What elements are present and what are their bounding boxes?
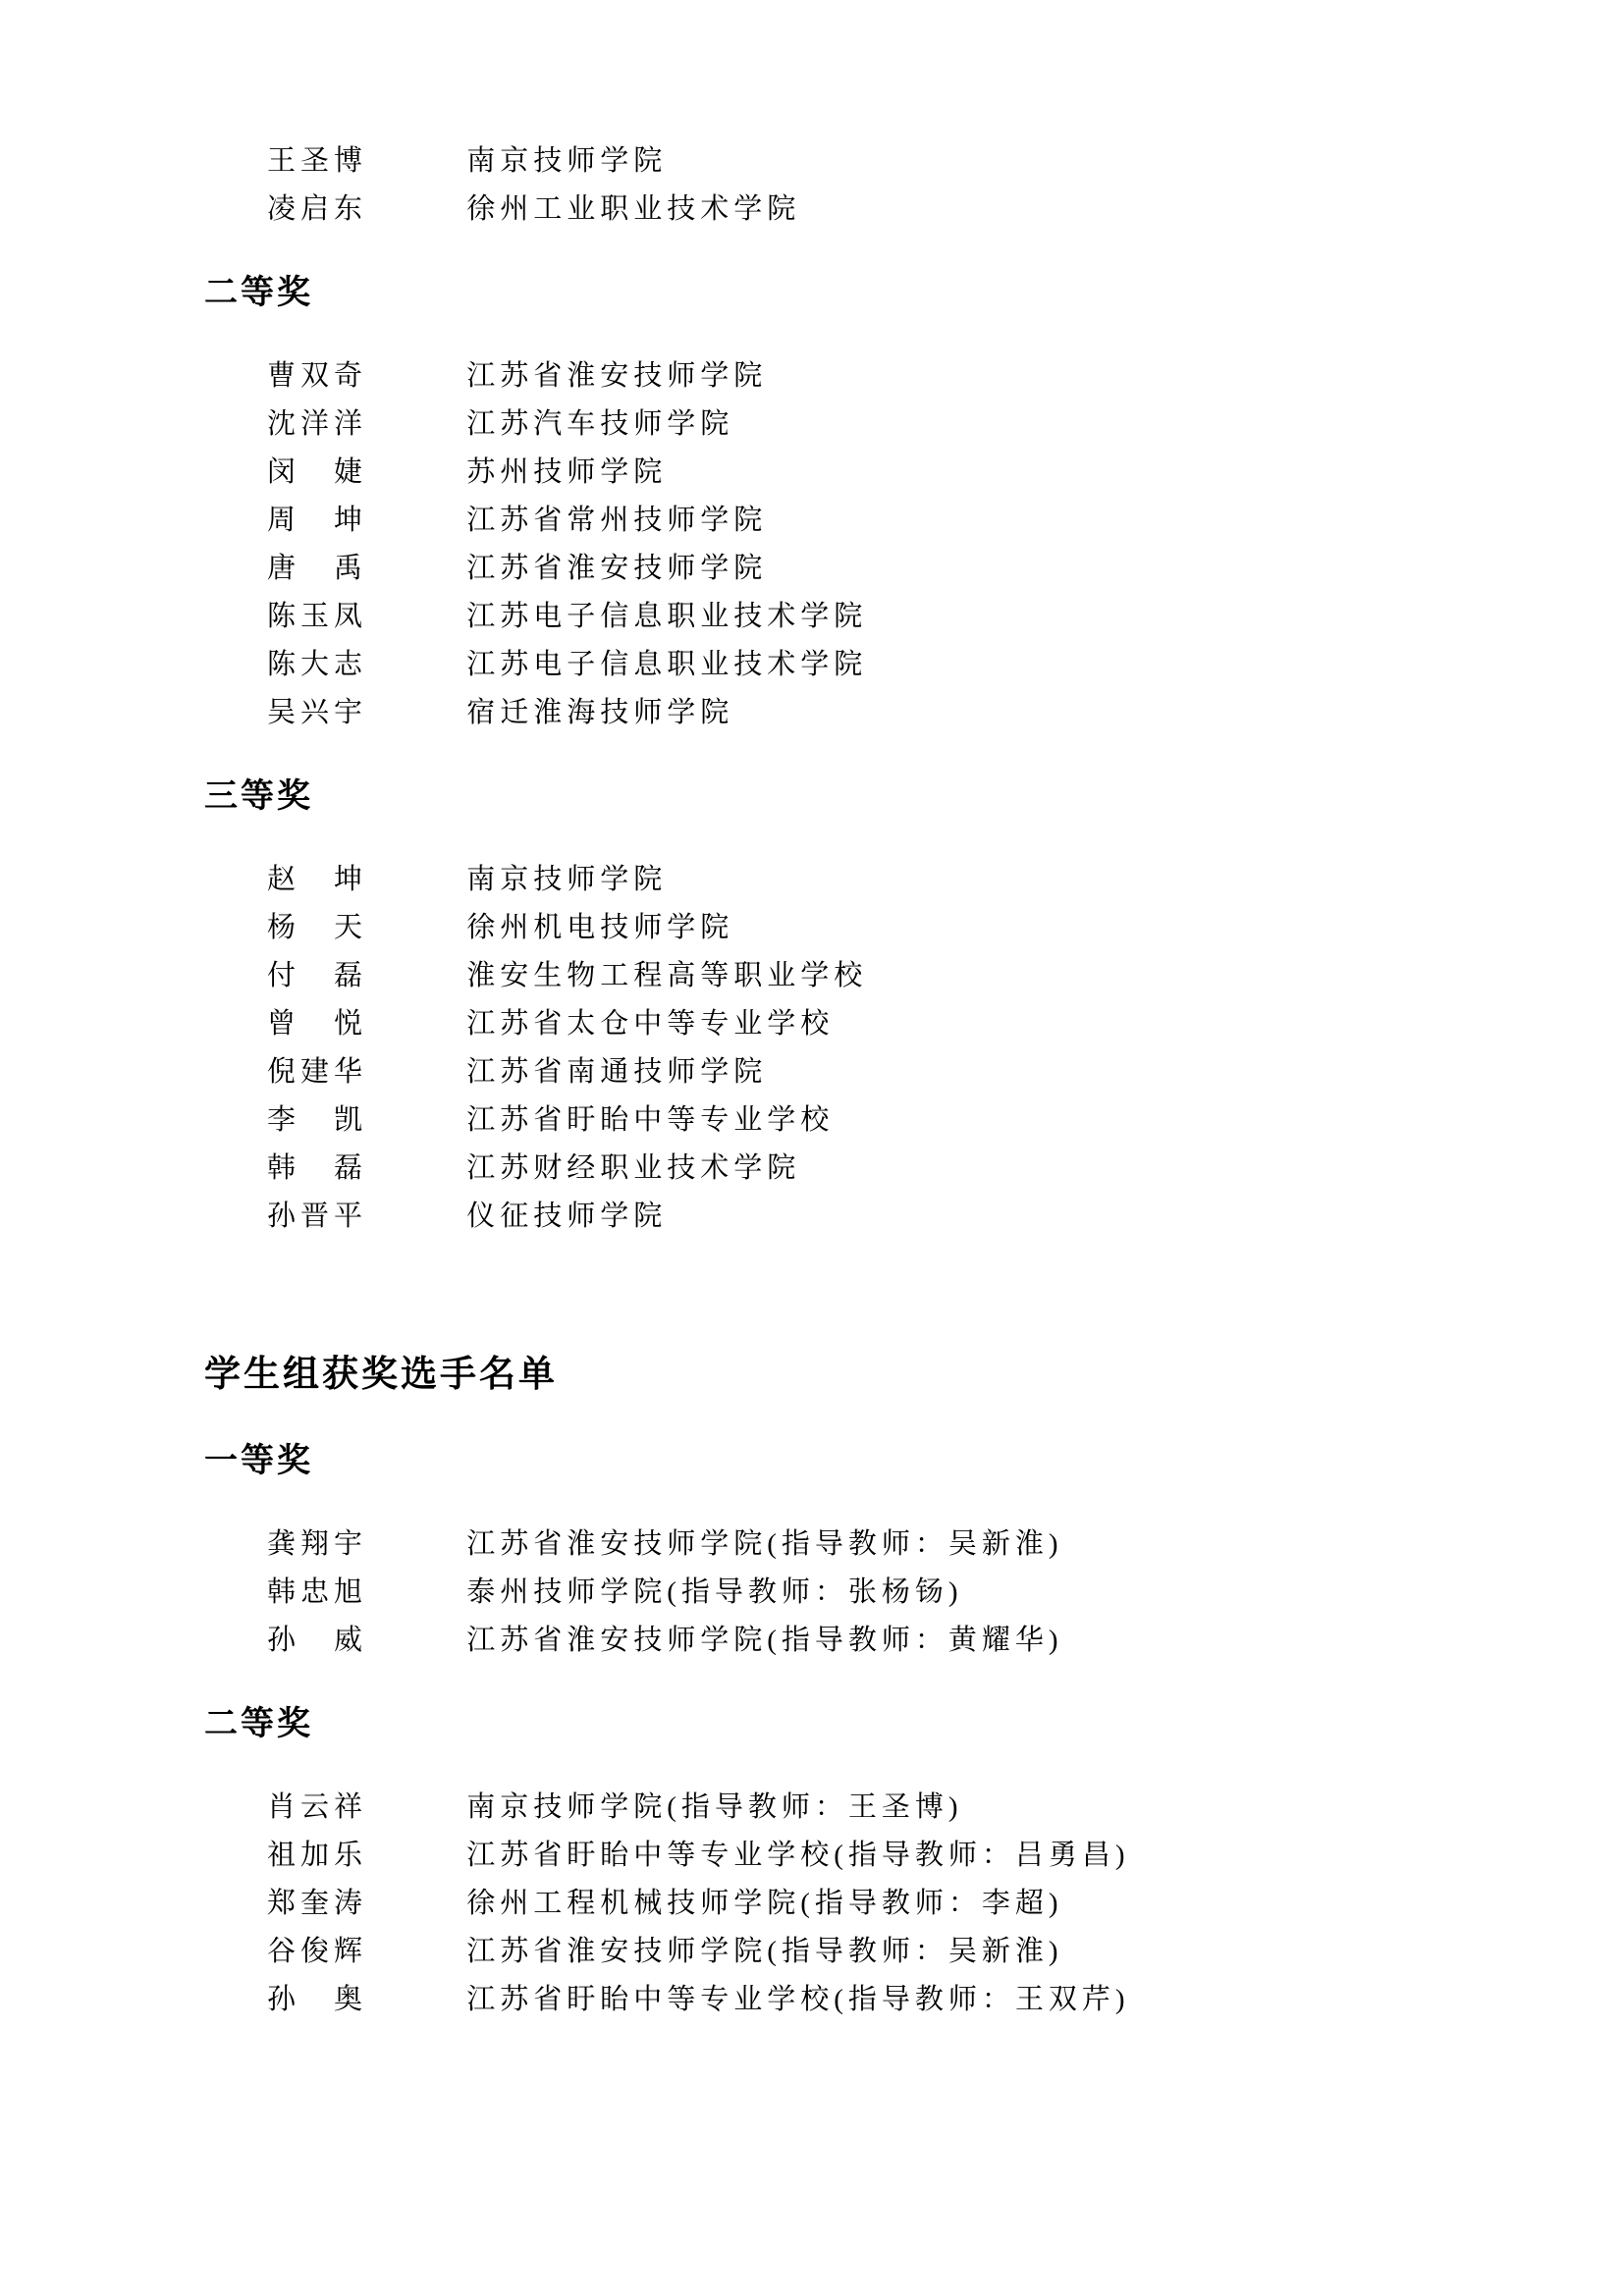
winner-row: 李凯 江苏省盱眙中等专业学校: [0, 1096, 1623, 1145]
winner-school: 淮安生物工程高等职业学校: [466, 952, 867, 1000]
winner-row: 孙威 江苏省淮安技师学院(指导教师：黄耀华): [0, 1617, 1623, 1665]
winner-row: 付磊 淮安生物工程高等职业学校: [0, 952, 1623, 1000]
winner-school: 江苏省盱眙中等专业学校(指导教师：吕勇昌): [466, 1832, 1129, 1880]
winner-school: 江苏省淮安技师学院(指导教师：吴新淮): [466, 1521, 1062, 1569]
winner-name: 韩磊: [267, 1145, 367, 1193]
winner-school: 江苏省南通技师学院: [466, 1048, 767, 1096]
winner-name: 陈玉凤: [267, 593, 367, 641]
section-heading-second-prize: 二等奖: [0, 269, 1623, 317]
winner-row: 凌启东 徐州工业职业技术学院: [0, 186, 1623, 234]
winner-school: 仪征技师学院: [466, 1193, 667, 1241]
winner-row: 吴兴宇 宿迁淮海技师学院: [0, 689, 1623, 737]
winner-name: 陈大志: [267, 641, 367, 689]
winner-name: 唐禹: [267, 545, 367, 593]
winner-name: 付磊: [267, 952, 367, 1000]
winner-school: 江苏省淮安技师学院(指导教师：黄耀华): [466, 1617, 1062, 1665]
winner-school: 苏州技师学院: [466, 449, 667, 497]
winner-name: 孙奥: [267, 1976, 367, 2024]
winner-row: 韩磊 江苏财经职业技术学院: [0, 1145, 1623, 1193]
winner-name: 曾悦: [267, 1000, 367, 1048]
winner-row: 唐禹 江苏省淮安技师学院: [0, 545, 1623, 593]
winner-name: 凌启东: [267, 186, 367, 234]
winner-name: 闵婕: [267, 449, 367, 497]
winner-row: 韩忠旭 泰州技师学院(指导教师：张杨钖): [0, 1569, 1623, 1617]
winner-row: 龚翔宇 江苏省淮安技师学院(指导教师：吴新淮): [0, 1521, 1623, 1569]
winner-name: 谷俊辉: [267, 1928, 367, 1976]
winner-name: 肖云祥: [267, 1784, 367, 1832]
winner-row: 赵坤 南京技师学院: [0, 856, 1623, 904]
winner-school: 江苏省常州技师学院: [466, 497, 767, 545]
winner-name: 王圣博: [267, 137, 367, 186]
winner-row: 周坤 江苏省常州技师学院: [0, 497, 1623, 545]
winner-row: 谷俊辉 江苏省淮安技师学院(指导教师：吴新淮): [0, 1928, 1623, 1976]
winner-row: 郑奎涛 徐州工程机械技师学院(指导教师：李超): [0, 1880, 1623, 1928]
winner-school: 江苏省盱眙中等专业学校: [466, 1096, 834, 1145]
winner-row: 祖加乐 江苏省盱眙中等专业学校(指导教师：吕勇昌): [0, 1832, 1623, 1880]
winner-row: 倪建华 江苏省南通技师学院: [0, 1048, 1623, 1096]
winner-school: 江苏省太仓中等专业学校: [466, 1000, 834, 1048]
winner-name: 赵坤: [267, 856, 367, 904]
winner-name: 孙晋平: [267, 1193, 367, 1241]
winner-name: 吴兴宇: [267, 689, 367, 737]
winner-school: 江苏电子信息职业技术学院: [466, 593, 867, 641]
winner-school: 江苏汽车技师学院: [466, 400, 733, 449]
winner-school: 徐州工程机械技师学院(指导教师：李超): [466, 1880, 1062, 1928]
winner-school: 徐州机电技师学院: [466, 904, 733, 952]
winner-school: 江苏省盱眙中等专业学校(指导教师：王双芹): [466, 1976, 1129, 2024]
winner-school: 南京技师学院: [466, 137, 667, 186]
student-group-title: 学生组获奖选手名单: [0, 1347, 1623, 1402]
section-heading-third-prize: 三等奖: [0, 773, 1623, 821]
winner-name: 李凯: [267, 1096, 367, 1145]
winner-school: 南京技师学院(指导教师：王圣博): [466, 1784, 962, 1832]
winner-name: 龚翔宇: [267, 1521, 367, 1569]
winner-school: 徐州工业职业技术学院: [466, 186, 800, 234]
winner-name: 郑奎涛: [267, 1880, 367, 1928]
winner-name: 沈洋洋: [267, 400, 367, 449]
winner-row: 肖云祥 南京技师学院(指导教师：王圣博): [0, 1784, 1623, 1832]
winner-name: 韩忠旭: [267, 1569, 367, 1617]
section-heading-first-prize: 一等奖: [0, 1437, 1623, 1485]
winner-school: 江苏电子信息职业技术学院: [466, 641, 867, 689]
winner-name: 祖加乐: [267, 1832, 367, 1880]
winner-school: 泰州技师学院(指导教师：张杨钖): [466, 1569, 962, 1617]
winner-row: 曾悦 江苏省太仓中等专业学校: [0, 1000, 1623, 1048]
winner-row: 陈玉凤 江苏电子信息职业技术学院: [0, 593, 1623, 641]
winner-name: 周坤: [267, 497, 367, 545]
winner-name: 孙威: [267, 1617, 367, 1665]
winner-name: 倪建华: [267, 1048, 367, 1096]
winner-school: 江苏省淮安技师学院: [466, 352, 767, 400]
winner-row: 闵婕 苏州技师学院: [0, 449, 1623, 497]
winner-row: 孙奥 江苏省盱眙中等专业学校(指导教师：王双芹): [0, 1976, 1623, 2024]
winner-name: 杨天: [267, 904, 367, 952]
winner-school: 宿迁淮海技师学院: [466, 689, 733, 737]
winner-row: 孙晋平 仪征技师学院: [0, 1193, 1623, 1241]
winner-row: 王圣博 南京技师学院: [0, 137, 1623, 186]
section-heading-second-prize-student: 二等奖: [0, 1700, 1623, 1748]
winner-school: 南京技师学院: [466, 856, 667, 904]
winner-school: 江苏财经职业技术学院: [466, 1145, 800, 1193]
winner-row: 沈洋洋 江苏汽车技师学院: [0, 400, 1623, 449]
winner-row: 杨天 徐州机电技师学院: [0, 904, 1623, 952]
winner-name: 曹双奇: [267, 352, 367, 400]
winner-row: 曹双奇 江苏省淮安技师学院: [0, 352, 1623, 400]
document-page: 王圣博 南京技师学院 凌启东 徐州工业职业技术学院 二等奖 曹双奇 江苏省淮安技…: [0, 0, 1623, 2296]
winner-row: 陈大志 江苏电子信息职业技术学院: [0, 641, 1623, 689]
winner-school: 江苏省淮安技师学院(指导教师：吴新淮): [466, 1928, 1062, 1976]
winner-school: 江苏省淮安技师学院: [466, 545, 767, 593]
